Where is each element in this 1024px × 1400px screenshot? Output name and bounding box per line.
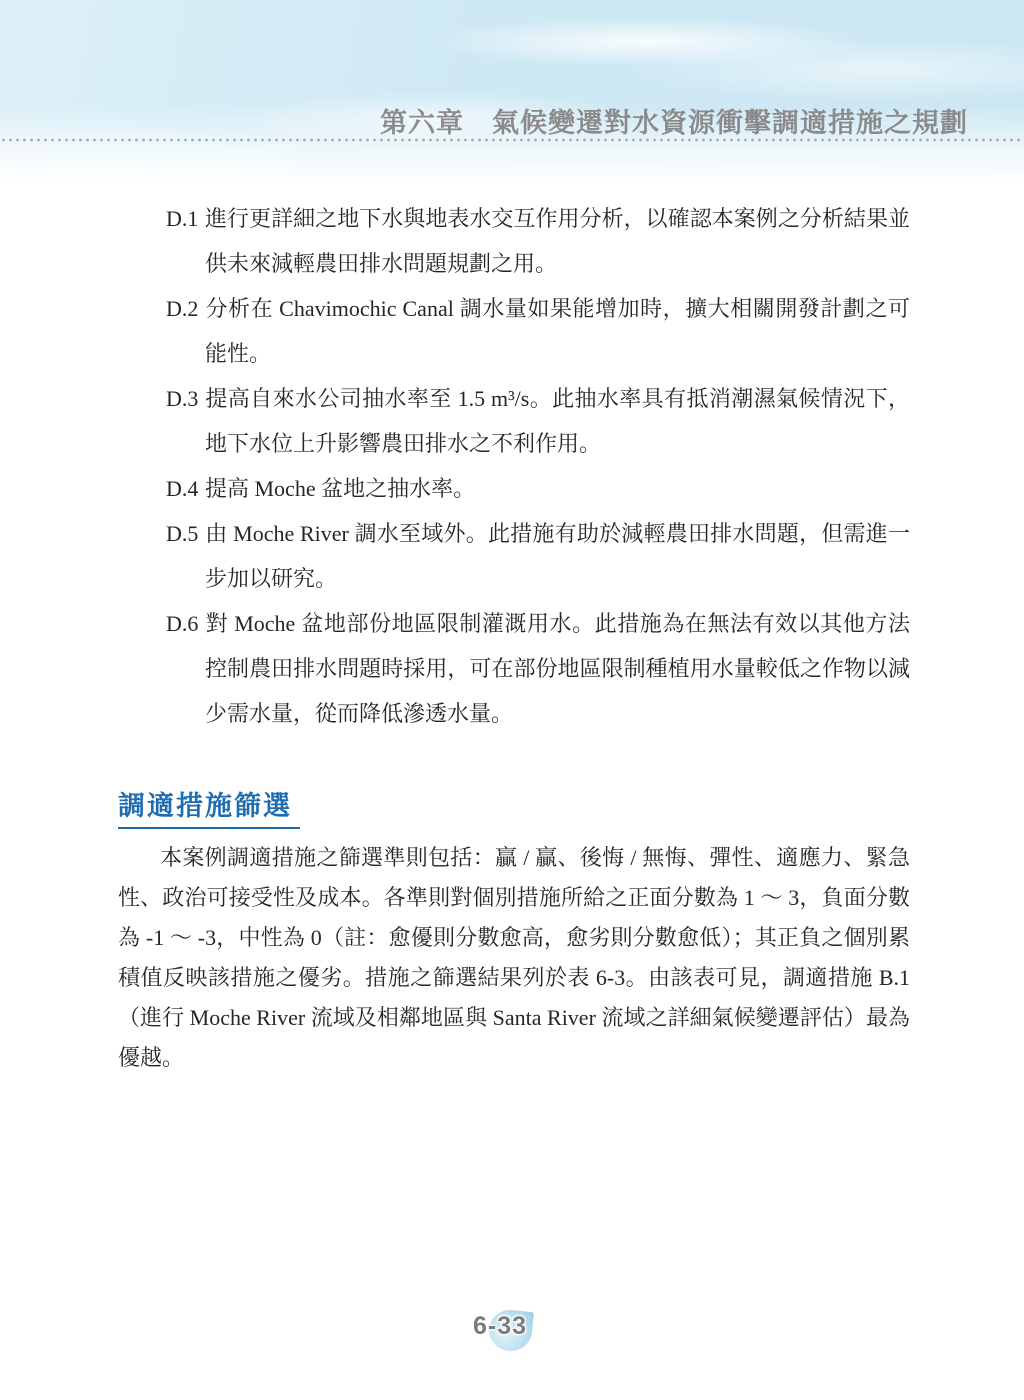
chapter-title: 第六章 氣候變遷對水資源衝擊調適措施之規劃 <box>380 101 968 140</box>
item-text: 分析在 Chavimochic Canal 調水量如果能增加時，擴大相關開發計劃… <box>205 296 910 366</box>
item-label: D.3 <box>166 376 205 421</box>
measure-item-list: D.1進行更詳細之地下水與地表水交互作用分析，以確認本案例之分析結果並供未來減輕… <box>166 196 910 736</box>
list-item: D.2分析在 Chavimochic Canal 調水量如果能增加時，擴大相關開… <box>166 286 910 376</box>
item-text: 進行更詳細之地下水與地表水交互作用分析，以確認本案例之分析結果並供未來減輕農田排… <box>205 206 910 276</box>
page-footer: 6-33 <box>0 1300 1024 1370</box>
item-label: D.5 <box>166 511 205 556</box>
list-item: D.3提高自來水公司抽水率至 1.5 m³/s。此抽水率具有抵消潮濕氣候情況下，… <box>166 376 910 466</box>
list-item: D.1進行更詳細之地下水與地表水交互作用分析，以確認本案例之分析結果並供未來減輕… <box>166 196 910 286</box>
item-label: D.2 <box>166 286 205 331</box>
item-label: D.1 <box>166 196 205 241</box>
page-header: 第六章 氣候變遷對水資源衝擊調適措施之規劃 <box>0 0 1024 182</box>
document-page: 第六章 氣候變遷對水資源衝擊調適措施之規劃 D.1進行更詳細之地下水與地表水交互… <box>0 0 1024 1400</box>
item-label: D.6 <box>166 601 205 646</box>
section-paragraph: 本案例調適措施之篩選準則包括：贏 / 贏、後悔 / 無悔、彈性、適應力、緊急性、… <box>118 838 910 1078</box>
section-heading: 調適措施篩選 <box>118 784 300 829</box>
list-item: D.4提高 Moche 盆地之抽水率。 <box>166 466 910 511</box>
item-label: D.4 <box>166 466 205 511</box>
item-text: 對 Moche 盆地部份地區限制灌溉用水。此措施為在無法有效以其他方法控制農田排… <box>205 611 910 726</box>
item-text: 提高自來水公司抽水率至 1.5 m³/s。此抽水率具有抵消潮濕氣候情況下，地下水… <box>205 386 910 456</box>
list-item: D.6對 Moche 盆地部份地區限制灌溉用水。此措施為在無法有效以其他方法控制… <box>166 601 910 736</box>
item-text: 提高 Moche 盆地之抽水率。 <box>205 476 475 501</box>
item-text: 由 Moche River 調水至域外。此措施有助於減輕農田排水問題，但需進一步… <box>205 521 910 591</box>
header-dotted-divider <box>0 137 1024 143</box>
page-number: 6-33 <box>440 1312 560 1341</box>
list-item: D.5由 Moche River 調水至域外。此措施有助於減輕農田排水問題，但需… <box>166 511 910 601</box>
